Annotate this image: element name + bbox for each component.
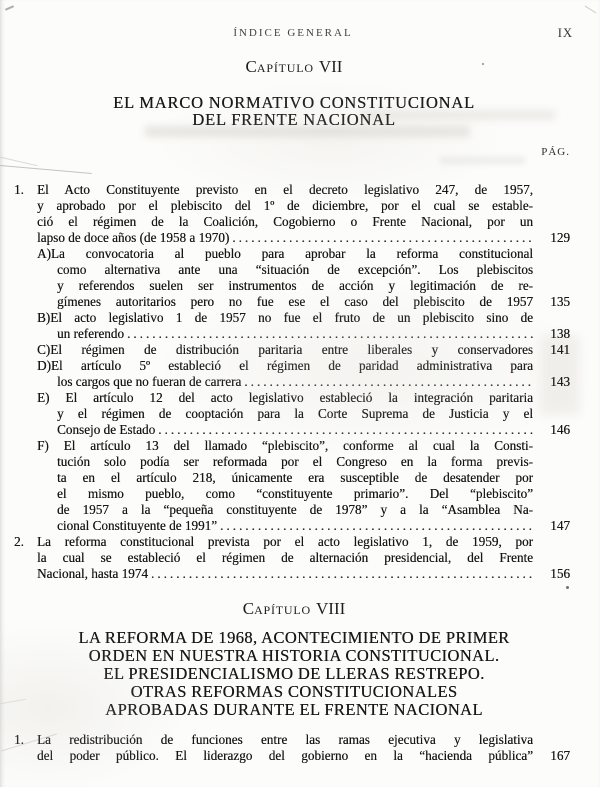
- chapter-title-line: APROBADAS DURANTE EL FRENTE NACIONAL: [0, 701, 588, 719]
- toc-row: ta en el artículo 218, únicamente era su…: [14, 470, 570, 486]
- page-number: 156: [533, 566, 570, 582]
- page-number: 141: [533, 342, 570, 358]
- page-number: 146: [533, 422, 570, 438]
- page-number: 135: [533, 294, 570, 310]
- item-number: 1.: [14, 182, 37, 198]
- chapter-roman-numeral: VIII: [316, 599, 345, 618]
- toc-row: F) El artículo 13 del llamado “plebiscit…: [14, 438, 570, 454]
- entry-text: cional Constituyente de 1991”: [57, 518, 217, 534]
- entry-text: E) El artículo 12 del acto legislativo e…: [37, 390, 533, 406]
- dot-leader: ........................................…: [124, 326, 533, 342]
- chapter-label-smallcaps: APÍTULO: [257, 61, 314, 75]
- toc-row: C)El régimen de distribución paritaria e…: [14, 342, 570, 358]
- entry-text: Consejo de Estado: [57, 422, 155, 438]
- dot-leader: ........................................…: [229, 230, 533, 246]
- toc-row: del poder público. El liderazgo del gobi…: [14, 748, 570, 764]
- scan-artifact-corner-mark: [5, 5, 14, 10]
- toc-row: 1.El Acto Constituyente previsto en el d…: [14, 182, 570, 198]
- entry-text: ta en el artículo 218, únicamente era su…: [57, 470, 533, 486]
- toc-row: 1.La redistribución de funciones entre l…: [14, 732, 570, 748]
- chapter-label-initial: C: [243, 599, 254, 618]
- toc-row: E) El artículo 12 del acto legislativo e…: [14, 390, 570, 406]
- entry-text: lapso de doce años (de 1958 a 1970): [37, 230, 229, 246]
- dot-leader: ........................................…: [217, 518, 533, 534]
- toc-row: Nacional, hasta 1974....................…: [14, 566, 570, 582]
- entry-text: del poder público. El liderazgo del gobi…: [37, 748, 533, 764]
- entry-text: los cargos que no fueran de carrera: [57, 374, 241, 390]
- entry-text: La redistribución de funciones entre las…: [37, 732, 533, 748]
- scan-artifact-ghost-text-3: [440, 157, 525, 164]
- toc-row: lapso de doce años (de 1958 a 1970).....…: [14, 230, 570, 246]
- page-number: 129: [533, 230, 570, 246]
- toc-row: ció el régimen de la Coalición, Cogobier…: [14, 214, 570, 230]
- entry-text: el mismo pueblo, como “constituyente pri…: [57, 486, 533, 502]
- entry-text: Nacional, hasta 1974: [37, 566, 148, 582]
- entry-text: D)El artículo 5º estableció el régimen d…: [37, 358, 533, 374]
- toc-row: B)El acto legislativo 1 de 1957 no fue e…: [14, 310, 570, 326]
- entry-text: C)El régimen de distribución paritaria e…: [37, 342, 533, 358]
- toc-row: cional Constituyente de 1991”...........…: [14, 518, 570, 534]
- entry-text: de 1957 a la “pequeña constituyente de 1…: [57, 502, 533, 518]
- toc-row: los cargos que no fueran de carrera.....…: [14, 374, 570, 390]
- item-number: 2.: [14, 534, 37, 550]
- scanned-toc-page: ÍNDICE GENERAL IX CAPÍTULOVII EL MARCO N…: [0, 0, 600, 787]
- chapter-title-line: LA REFORMA DE 1968, ACONTECIMIENTO DE PR…: [0, 629, 588, 647]
- toc-list-chapter-vii: 1.El Acto Constituyente previsto en el d…: [14, 182, 570, 582]
- scan-artifact-fold-line: [0, 165, 92, 174]
- entry-text: y referendos suelen ser instrumentos de …: [57, 278, 533, 294]
- entry-text: La reforma constitucional prevista por e…: [37, 534, 533, 550]
- entry-text: El Acto Constituyente previsto en el dec…: [37, 182, 533, 198]
- page-number: 143: [533, 374, 570, 390]
- chapter-viii-title: LA REFORMA DE 1968, ACONTECIMIENTO DE PR…: [0, 629, 588, 719]
- toc-row: y el régimen de cooptación para la Corte…: [14, 406, 570, 422]
- entry-text: y el régimen de cooptación para la Corte…: [57, 406, 533, 422]
- toc-row: A)La convocatoria al pueblo para aprobar…: [14, 246, 570, 262]
- chapter-title-line: EL MARCO NORMATIVO CONSTITUCIONAL: [0, 94, 588, 111]
- chapter-vii-label: CAPÍTULOVII: [0, 57, 588, 77]
- toc-row: como alternativa ante una “situación de …: [14, 262, 570, 278]
- dot-leader: ........................................…: [155, 422, 533, 438]
- entry-text: un referendo: [57, 326, 124, 342]
- chapter-vii-title: EL MARCO NORMATIVO CONSTITUCIONAL DEL FR…: [0, 94, 588, 128]
- chapter-title-line: EL PRESIDENCIALISMO DE LLERAS RESTREPO.: [0, 665, 588, 683]
- toc-row: y aprobado por el plebiscito del 1º de d…: [14, 198, 570, 214]
- running-header-title: ÍNDICE GENERAL: [0, 27, 586, 39]
- entry-text: ció el régimen de la Coalición, Cogobier…: [37, 214, 533, 230]
- entry-text: gímenes autoritarios pero no fue ese el …: [57, 294, 533, 310]
- toc-row: tución solo podía ser reformada por el C…: [14, 454, 570, 470]
- chapter-title-line: DEL FRENTE NACIONAL: [0, 111, 588, 128]
- entry-text: la cual se estableció el régimen de alte…: [37, 550, 533, 566]
- chapter-title-line: OTRAS REFORMAS CONSTITUCIONALES: [0, 683, 588, 701]
- entry-text: B)El acto legislativo 1 de 1957 no fue e…: [37, 310, 533, 326]
- chapter-label-initial: C: [246, 57, 257, 76]
- toc-row: gímenes autoritarios pero no fue ese el …: [14, 294, 570, 310]
- chapter-viii-label: CAPÍTULOVIII: [0, 599, 588, 619]
- toc-row: D)El artículo 5º estableció el régimen d…: [14, 358, 570, 374]
- entry-text: A)La convocatoria al pueblo para aprobar…: [37, 246, 533, 262]
- dot-leader: ........................................…: [241, 374, 533, 390]
- toc-row: la cual se estableció el régimen de alte…: [14, 550, 570, 566]
- page-number: 147: [533, 518, 570, 534]
- page-number: 138: [533, 326, 570, 342]
- item-number: 1.: [14, 732, 37, 748]
- toc-row: el mismo pueblo, como “constituyente pri…: [14, 486, 570, 502]
- pag-column-label: PÁG.: [541, 146, 570, 158]
- toc-row: Consejo de Estado.......................…: [14, 422, 570, 438]
- chapter-label-smallcaps: APÍTULO: [254, 603, 311, 617]
- chapter-roman-numeral: VII: [319, 57, 343, 76]
- entry-text: como alternativa ante una “situación de …: [57, 262, 533, 278]
- toc-row: de 1957 a la “pequeña constituyente de 1…: [14, 502, 570, 518]
- chapter-title-line: ORDEN EN NUESTRA HISTORIA CONSTITUCIONAL…: [0, 647, 588, 665]
- page-number: 167: [533, 748, 570, 764]
- toc-row: un referendo............................…: [14, 326, 570, 342]
- dot-leader: ........................................…: [148, 566, 533, 582]
- toc-list-chapter-viii: 1.La redistribución de funciones entre l…: [14, 732, 570, 764]
- entry-text: F) El artículo 13 del llamado “plebiscit…: [37, 438, 533, 454]
- scan-artifact-fold-line-2: [0, 157, 37, 167]
- toc-row: y referendos suelen ser instrumentos de …: [14, 278, 570, 294]
- page-folio-roman: IX: [558, 26, 573, 41]
- toc-row: 2.La reforma constitucional prevista por…: [14, 534, 570, 550]
- scan-artifact-top-right-mark: [585, 6, 597, 14]
- entry-text: tución solo podía ser reformada por el C…: [57, 454, 533, 470]
- entry-text: y aprobado por el plebiscito del 1º de d…: [37, 198, 533, 214]
- scan-artifact-speck: [566, 586, 569, 589]
